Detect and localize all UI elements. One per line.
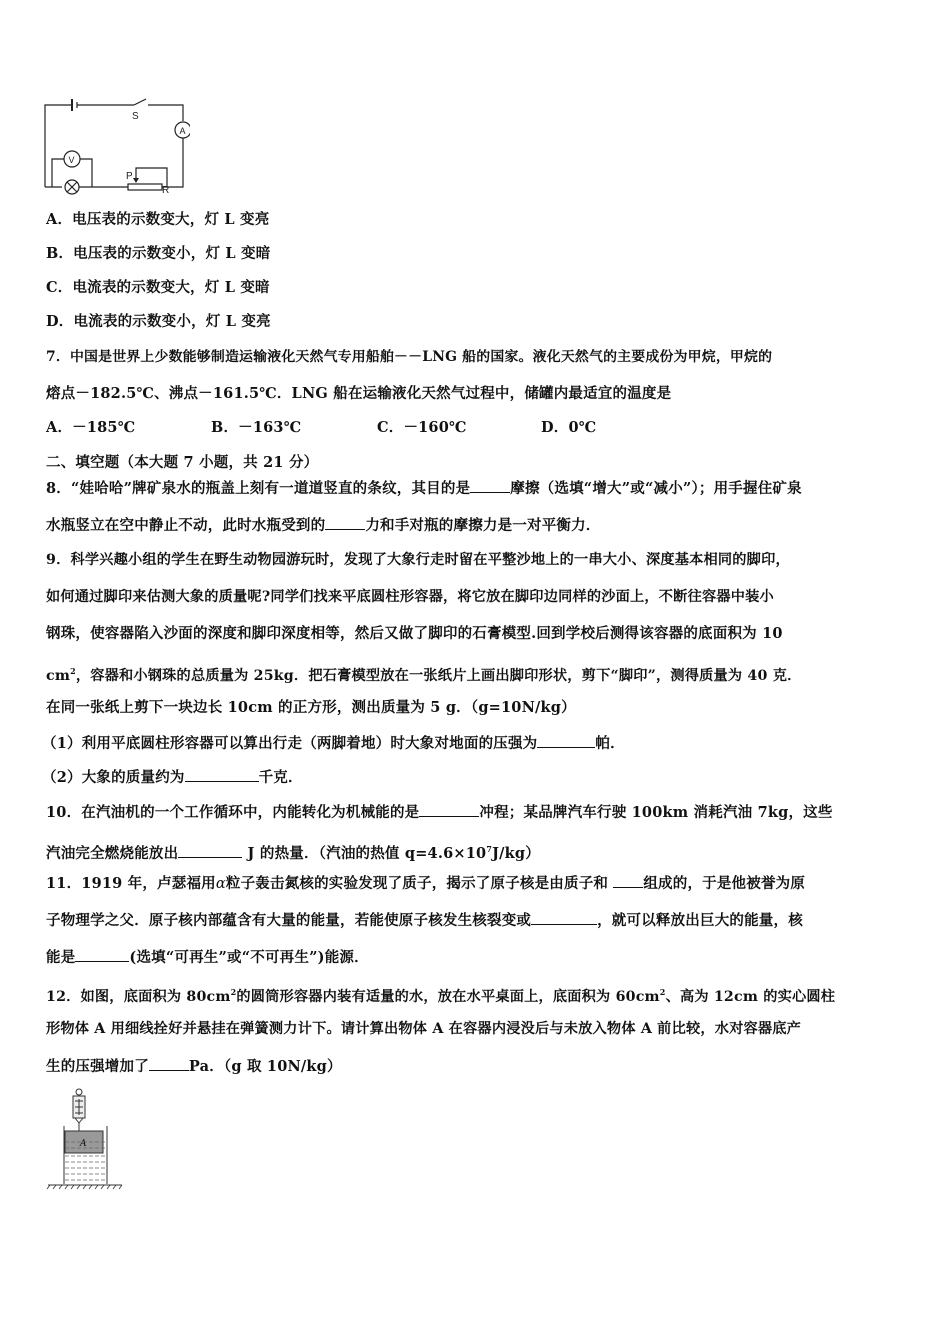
voltmeter-label: V xyxy=(69,155,75,165)
option-text: 电压表的示数变小，灯 L 变暗 xyxy=(73,245,270,262)
q11-blank-2[interactable] xyxy=(531,910,597,925)
q8-line-2: 水瓶竖立在空中静止不动，此时水瓶受到的力和手对瓶的摩擦力是一对平衡力． xyxy=(46,515,601,536)
q7-option-d: D．0℃ xyxy=(541,418,596,438)
q7-line-1: 7．中国是世界上少数能够制造运输液化天然气专用船舶－－LNG 船的国家。液化天然… xyxy=(46,347,772,367)
q7-option-b: B．－163℃ xyxy=(211,418,377,438)
q11-text: 11．1919 年，卢瑟福用 xyxy=(46,875,216,892)
option-label: C． xyxy=(46,279,72,296)
q10-line-1: 10．在汽油机的一个工作循环中，内能转化为机械能的是冲程；某品牌汽车行驶 100… xyxy=(46,802,833,823)
q9-sub-2: （2）大象的质量约为千克． xyxy=(42,767,303,788)
q6-option-d: D．电流表的示数变小，灯 L 变亮 xyxy=(46,312,271,332)
spring-scale-container-figure: A xyxy=(44,1088,126,1192)
q11-text: 子物理学之父．原子核内部蕴含有大量的能量，若能使原子核发生核裂变或 xyxy=(46,912,531,929)
unit-text: cm xyxy=(46,668,70,684)
q11-text: ，就可以释放出巨大的能量，核 xyxy=(597,912,803,929)
q8-blank-1[interactable] xyxy=(470,478,510,493)
option-text: 电流表的示数变大，灯 L 变暗 xyxy=(72,279,269,296)
option-label: D． xyxy=(46,313,73,330)
option-label: B． xyxy=(46,245,73,262)
q6-option-a: A．电压表的示数变大，灯 L 变亮 xyxy=(46,210,269,230)
q10-blank-1[interactable] xyxy=(419,802,479,817)
alpha-symbol: α xyxy=(216,876,226,892)
q7-option-a: A．－185℃ xyxy=(46,418,211,438)
q12-text: 、高为 12cm 的实心圆柱 xyxy=(666,989,836,1005)
q8-text: 摩擦（选填“增大”或“减小”）；用手握住矿泉 xyxy=(510,480,802,497)
option-label: A． xyxy=(46,211,72,228)
q11-line-1: 11．1919 年，卢瑟福用α粒子轰击氮核的实验发现了质子，揭示了原子核是由质子… xyxy=(46,873,805,894)
q11-blank-1[interactable] xyxy=(613,873,643,888)
q11-line-2: 子物理学之父．原子核内部蕴含有大量的能量，若能使原子核发生核裂变或，就可以释放出… xyxy=(46,910,803,931)
q12-line-2: 形物体 A 用细线拴好并悬挂在弹簧测力计下。请计算出物体 A 在容器内浸没后与未… xyxy=(46,1019,801,1039)
option-text: 电流表的示数变小，灯 L 变亮 xyxy=(73,313,270,330)
q9-line-2: 如何通过脚印来估测大象的质量呢?同学们找来平底圆柱形容器，将它放在脚印边同样的沙… xyxy=(46,587,774,607)
q9-blank-1[interactable] xyxy=(537,733,595,748)
q11-line-3: 能是(选填“可再生”或“不可再生”)能源． xyxy=(46,947,369,968)
q8-text: 水瓶竖立在空中静止不动，此时水瓶受到的 xyxy=(46,517,325,534)
rheostat-label: R xyxy=(162,185,169,195)
q11-blank-3[interactable] xyxy=(75,947,129,962)
q9-text: 帕． xyxy=(595,735,624,752)
q10-line-2: 汽油完全燃烧能放出 J 的热量．（汽油的热值 q=4.6×107J/kg） xyxy=(46,839,540,864)
q12-text: 的圆筒形容器内装有适量的水，放在水平桌面上，底面积为 60cm xyxy=(236,989,659,1005)
q9-blank-2[interactable] xyxy=(185,767,259,782)
q7-line-2: 熔点－182.5℃、沸点－161.5℃．LNG 船在运输液化天然气过程中，储罐内… xyxy=(46,384,671,404)
q10-text: 10．在汽油机的一个工作循环中，内能转化为机械能的是 xyxy=(46,804,419,821)
q10-text: J 的热量．（汽油的热值 q=4.6×10 xyxy=(242,845,486,862)
q12-line-1: 12．如图，底面积为 80cm2的圆筒形容器内装有适量的水，放在水平桌面上，底面… xyxy=(46,982,835,1007)
q12-text: 生的压强增加了 xyxy=(46,1058,149,1075)
q12-text: 12．如图，底面积为 80cm xyxy=(46,989,231,1005)
q9-line-3: 钢珠，使容器陷入沙面的深度和脚印深度相等，然后又做了脚印的石膏模型.回到学校后测… xyxy=(46,624,783,644)
q7-options: A．－185℃B．－163℃C．－160℃D．0℃ xyxy=(46,418,596,438)
q11-text: 组成的，于是他被誉为原 xyxy=(643,875,805,892)
q11-text: 能是 xyxy=(46,949,75,966)
q6-option-c: C．电流表的示数变大，灯 L 变暗 xyxy=(46,278,270,298)
q11-text: 粒子轰击氮核的实验发现了质子，揭示了原子核是由质子和 xyxy=(226,875,613,892)
switch-label: S xyxy=(132,111,139,122)
block-label: A xyxy=(79,1139,87,1149)
q9-text: ，容器和小钢珠的总质量为 25kg．把石膏模型放在一张纸片上画出脚印形状，剪下“… xyxy=(76,668,802,684)
q8-blank-2[interactable] xyxy=(325,515,365,530)
q9-line-4: cm2，容器和小钢珠的总质量为 25kg．把石膏模型放在一张纸片上画出脚印形状，… xyxy=(46,661,801,686)
q8-text: 力和手对瓶的摩擦力是一对平衡力． xyxy=(365,517,600,534)
q12-line-3: 生的压强增加了Pa．（g 取 10N/kg） xyxy=(46,1056,342,1077)
q9-text: 千克． xyxy=(259,769,303,786)
q11-text: (选填“可再生”或“不可再生”)能源． xyxy=(129,949,368,966)
slider-label: P xyxy=(126,171,133,182)
q12-text: Pa．（g 取 10N/kg） xyxy=(189,1058,342,1075)
q9-line-5: 在同一张纸上剪下一块边长 10cm 的正方形，测出质量为 5 g．（g=10N/… xyxy=(46,698,576,718)
q9-sub-1: （1）利用平底圆柱形容器可以算出行走（两脚着地）时大象对地面的压强为帕． xyxy=(42,733,625,754)
ammeter-label: A xyxy=(180,126,186,136)
q10-blank-2[interactable] xyxy=(178,843,242,858)
q12-blank-1[interactable] xyxy=(149,1056,189,1071)
q9-text: （1）利用平底圆柱形容器可以算出行走（两脚着地）时大象对地面的压强为 xyxy=(42,735,537,752)
q9-text: （2）大象的质量约为 xyxy=(42,769,185,786)
q10-text: J/kg） xyxy=(492,845,540,862)
q9-line-1: 9．科学兴趣小组的学生在野生动物园游玩时，发现了大象行走时留在平整沙地上的一串大… xyxy=(46,550,790,570)
option-text: 电压表的示数变大，灯 L 变亮 xyxy=(72,211,269,228)
q10-text: 冲程；某品牌汽车行驶 100km 消耗汽油 7kg，这些 xyxy=(479,804,832,821)
section-title: 二、填空题（本大题 7 小题，共 21 分） xyxy=(46,453,318,473)
q8-line-1: 8．“娃哈哈”牌矿泉水的瓶盖上刻有一道道竖直的条纹，其目的是摩擦（选填“增大”或… xyxy=(46,478,802,499)
circuit-diagram: S A V P R xyxy=(40,95,190,195)
q7-option-c: C．－160℃ xyxy=(377,418,541,438)
q8-text: 8．“娃哈哈”牌矿泉水的瓶盖上刻有一道道竖直的条纹，其目的是 xyxy=(46,480,470,497)
q6-option-b: B．电压表的示数变小，灯 L 变暗 xyxy=(46,244,270,264)
q10-text: 汽油完全燃烧能放出 xyxy=(46,845,178,862)
